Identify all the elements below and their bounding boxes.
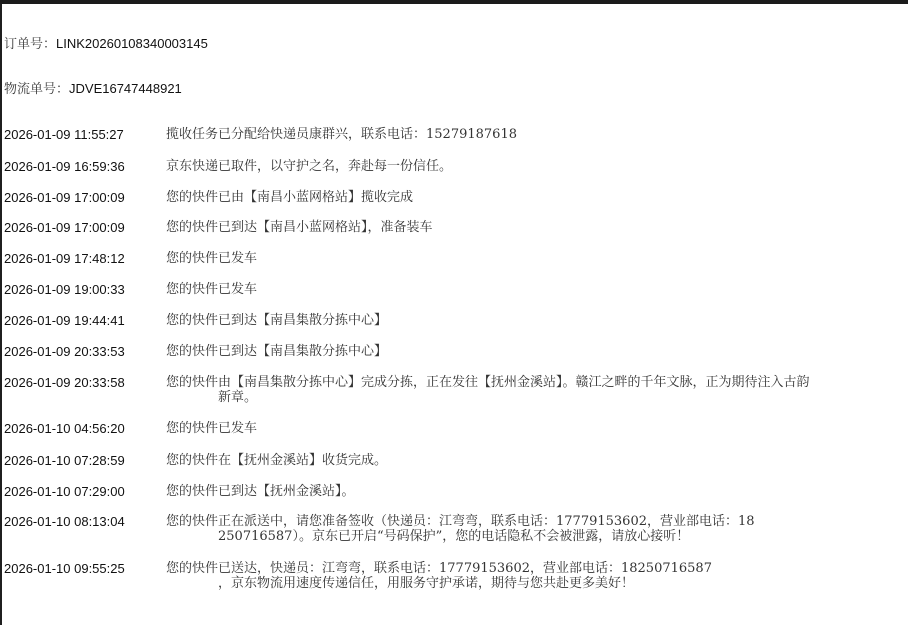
tracking-desc: 揽收任务已分配给快递员康群兴，联系电话：15279187618 <box>166 127 517 142</box>
tracking-time: 2026-01-10 07:28:59 <box>4 453 125 468</box>
order-number-line: 订单号：LINK20260108340003145 <box>4 36 208 53</box>
tracking-time: 2026-01-09 17:48:12 <box>4 251 125 266</box>
left-border <box>0 4 2 625</box>
tracking-desc: 您的快件已送达，快递员：江弯弯，联系电话：17779153602，营业部电话：1… <box>166 561 712 576</box>
logistics-number-line: 物流单号：JDVE16747448921 <box>4 81 182 98</box>
logistics-number-label: 物流单号： <box>4 82 69 97</box>
tracking-time: 2026-01-09 17:00:09 <box>4 190 125 205</box>
tracking-time: 2026-01-09 11:55:27 <box>4 127 124 142</box>
tracking-time: 2026-01-09 17:00:09 <box>4 220 125 235</box>
tracking-desc: 您的快件已发车 <box>166 282 257 297</box>
tracking-desc: 您的快件已到达【南昌小蓝网格站】，准备装车 <box>166 220 433 235</box>
tracking-desc-continued: 新章。 <box>218 390 257 405</box>
tracking-desc: 京东快递已取件，以守护之名，奔赴每一份信任。 <box>166 159 452 174</box>
tracking-time: 2026-01-09 19:00:33 <box>4 282 125 297</box>
tracking-time: 2026-01-09 16:59:36 <box>4 159 125 174</box>
tracking-time: 2026-01-10 08:13:04 <box>4 514 125 529</box>
tracking-desc-continued: 250716587）。京东已开启“号码保护”，您的电话隐私不会被泄露，请放心接听… <box>218 529 689 544</box>
tracking-desc: 您的快件在【抚州金溪站】收货完成。 <box>166 453 387 468</box>
tracking-time: 2026-01-10 07:29:00 <box>4 484 125 499</box>
tracking-desc: 您的快件已到达【抚州金溪站】。 <box>166 484 355 499</box>
tracking-desc: 您的快件已到达【南昌集散分拣中心】 <box>166 344 387 359</box>
tracking-desc: 您的快件已到达【南昌集散分拣中心】 <box>166 313 387 328</box>
order-number-label: 订单号： <box>4 37 56 52</box>
tracking-time: 2026-01-09 20:33:58 <box>4 375 125 390</box>
tracking-desc: 您的快件已由【南昌小蓝网格站】揽收完成 <box>166 190 413 205</box>
tracking-desc: 您的快件正在派送中，请您准备签收（快递员：江弯弯，联系电话：1777915360… <box>166 514 755 529</box>
tracking-time: 2026-01-09 19:44:41 <box>4 313 125 328</box>
tracking-desc: 您的快件由【南昌集散分拣中心】完成分拣，正在发往【抚州金溪站】。赣江之畔的千年文… <box>166 375 810 390</box>
tracking-time: 2026-01-10 04:56:20 <box>4 421 125 436</box>
logistics-number-value: JDVE16747448921 <box>69 81 182 96</box>
order-number-value: LINK20260108340003145 <box>56 36 208 51</box>
tracking-desc: 您的快件已发车 <box>166 251 257 266</box>
tracking-time: 2026-01-10 09:55:25 <box>4 561 125 576</box>
tracking-desc: 您的快件已发车 <box>166 421 257 436</box>
top-window-bar <box>0 0 908 4</box>
tracking-desc-continued: ，京东物流用速度传递信任，用服务守护承诺，期待与您共赴更多美好！ <box>218 576 634 591</box>
tracking-time: 2026-01-09 20:33:53 <box>4 344 125 359</box>
